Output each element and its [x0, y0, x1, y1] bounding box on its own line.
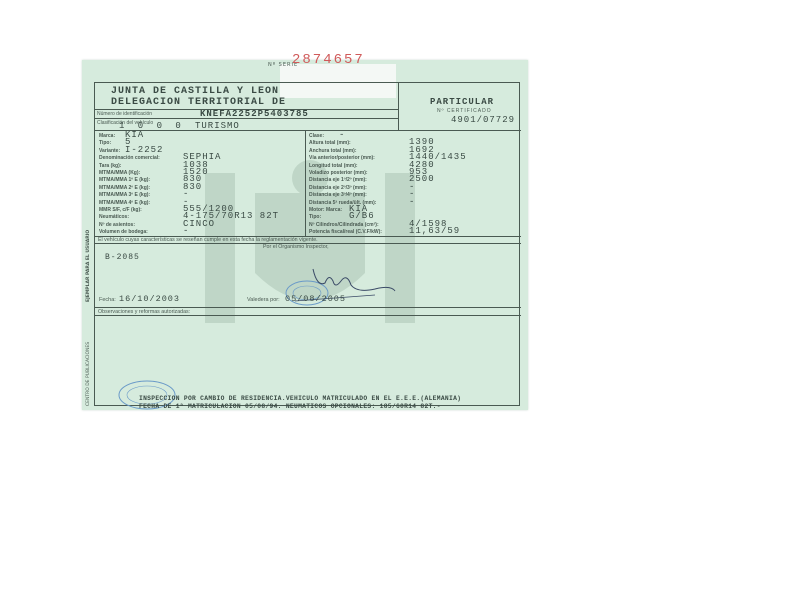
field-label: Marca:	[99, 133, 115, 139]
field-label: Motor: Marca:	[309, 207, 342, 213]
left-field-list: Marca:KIATipo:5Variante:I-2252Denominaci…	[99, 132, 304, 235]
observations-label: Observaciones y reformas autorizadas:	[98, 309, 190, 315]
field-row: MTMA/MMA 2º E (kg):830	[99, 184, 304, 191]
field-label: Longitud total (mm):	[309, 163, 358, 169]
field-label: Distancia eje 2º/3º (mm):	[309, 185, 367, 191]
right-field-list: Clase:-Altura total (mm):1390Anchura tot…	[309, 132, 519, 235]
field-label: Nº Cilindros/Cilindrada (cm³):	[309, 222, 379, 228]
field-label: Potencia fiscal/real (C.V.F/kW):	[309, 229, 382, 235]
valid-value: 05/08/2005	[285, 294, 346, 304]
field-label: Volumen de bodega:	[99, 229, 148, 235]
field-label: MTMA/MMA 1º E (kg):	[99, 177, 150, 183]
field-label: MTMA/MMA 2º E (kg):	[99, 185, 150, 191]
field-label: MTMA/MMA 4º E (kg):	[99, 200, 150, 206]
observation-line-2: FECHA DE 1ª MATRICULACION 05/08/94. NEUM…	[139, 403, 441, 410]
vin-value: KNEFA2252P5403785	[200, 109, 309, 119]
valid-label: Valedera por:	[247, 297, 280, 303]
field-label: Tipo:	[309, 214, 321, 220]
field-label: Tipo:	[99, 140, 111, 146]
certificate-label: Nº CERTIFICADO	[437, 108, 492, 114]
usage-type: PARTICULAR	[430, 97, 494, 107]
vehicle-inspection-card: Nº SERIE 2874657 JUNTA DE CASTILLA Y LEO…	[82, 60, 528, 410]
field-label: Clase:	[309, 133, 324, 139]
serie-number: 2874657	[292, 52, 365, 68]
field-label: MTMA/MMA 3º E (kg):	[99, 192, 150, 198]
field-row: Volumen de bodega:-	[99, 228, 304, 235]
document-frame: JUNTA DE CASTILLA Y LEON DELEGACION TERR…	[94, 82, 520, 406]
field-label: Variante:	[99, 148, 120, 154]
field-label: Distancia eje 1º/2º (mm):	[309, 177, 367, 183]
field-label: Tara (kg):	[99, 163, 121, 169]
date-label: Fecha:	[99, 297, 116, 303]
authority-line-1: JUNTA DE CASTILLA Y LEON	[111, 86, 279, 97]
certificate-number: 4901/07729	[451, 115, 515, 125]
side-label-user: EJEMPLAR PARA EL USUARIO	[86, 230, 91, 302]
field-label: Altura total (mm):	[309, 140, 351, 146]
field-row: Potencia fiscal/real (C.V.F/kW):11,63/59	[309, 228, 519, 235]
field-label: Distancia eje 3º/4º (mm):	[309, 192, 367, 198]
field-label: MMR S/F, c/F (kg):	[99, 207, 142, 213]
field-value: -	[183, 226, 189, 236]
field-row: MTMA/MMA 3º E (kg):-	[99, 191, 304, 198]
inspector-label: Por el Organismo Inspector,	[263, 244, 329, 250]
vin-label: Número de identificación	[97, 111, 152, 117]
field-label: Nº de asientos:	[99, 222, 135, 228]
field-label: Anchura total (mm):	[309, 148, 357, 154]
date-value: 16/10/2003	[119, 294, 180, 304]
field-label: Voladizo posterior (mm):	[309, 170, 368, 176]
authority-line-2: DELEGACION TERRITORIAL DE	[111, 97, 286, 108]
field-label: Neumáticos:	[99, 214, 129, 220]
field-label: MTMA/MMA (Kg):	[99, 170, 140, 176]
field-row: Nº de asientos:CINCO	[99, 221, 304, 228]
classification-name: TURISMO	[195, 121, 240, 131]
field-label: Vía anterior/posterior (mm):	[309, 155, 375, 161]
field-label: Denominación comercial:	[99, 155, 160, 161]
field-row: Motor: Marca:KIA	[309, 206, 519, 213]
observation-line-1: INSPECCION POR CAMBIO DE RESIDENCIA.VEHI…	[139, 395, 461, 402]
side-label-printer: CENTRO DE PUBLICACIONES	[86, 342, 91, 406]
field-value: 11,63/59	[409, 226, 460, 236]
station-code: B-2085	[105, 253, 140, 262]
field-row: Distancia 5ª rueda/ült. (mm):-	[309, 199, 519, 206]
